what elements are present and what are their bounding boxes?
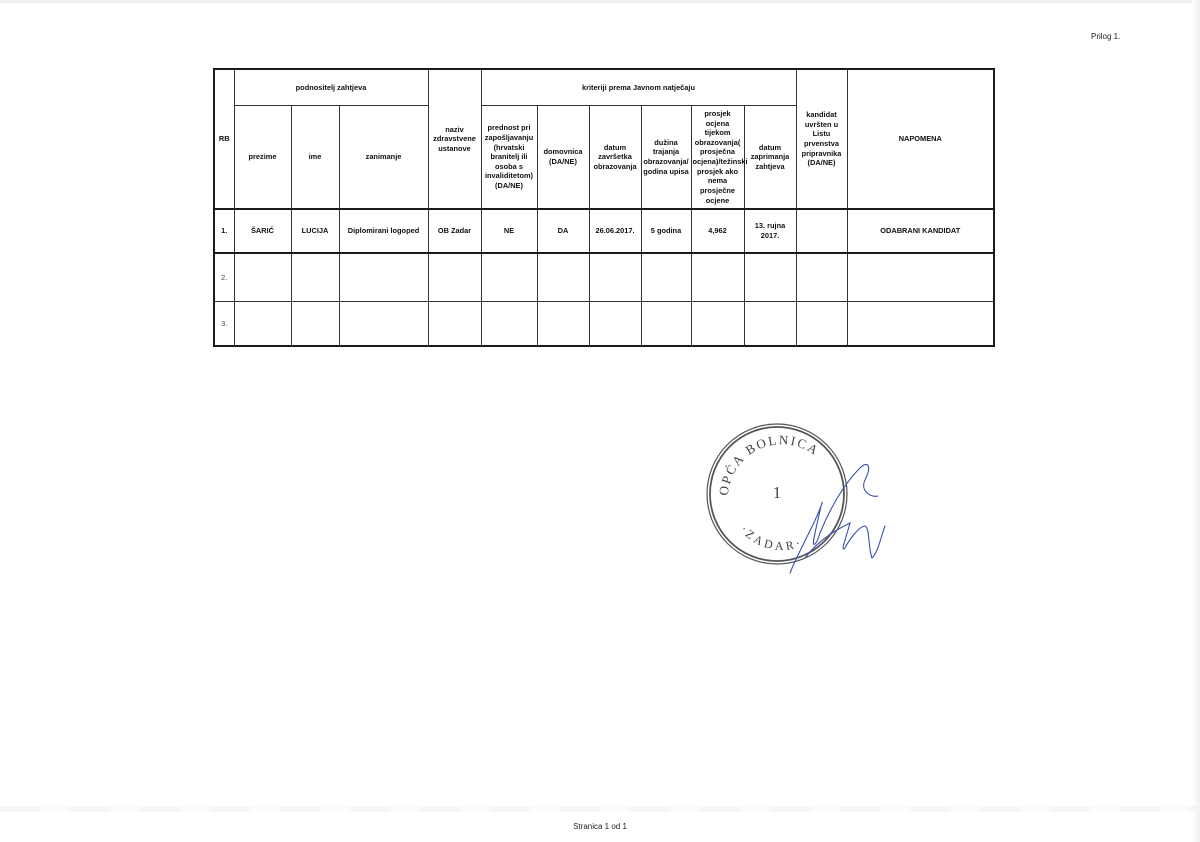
- cell-priority-list: [796, 302, 847, 347]
- scan-edge-right: [1192, 0, 1200, 842]
- cell-duration: 5 godina: [641, 209, 691, 253]
- cell-rb: 2.: [214, 253, 234, 302]
- header-priority-list: kandidat uvršten u Listu prvenstva pripr…: [796, 69, 847, 209]
- cell-institution: [428, 302, 481, 347]
- cell-zanimanje: [339, 302, 428, 347]
- cell-note: [847, 302, 994, 347]
- cell-note: ODABRANI KANDIDAT: [847, 209, 994, 253]
- cell-receipt-date: [744, 302, 796, 347]
- stamp-top-text: OPĆA BOLNICA: [716, 432, 823, 496]
- cell-citizenship: DA: [537, 209, 589, 253]
- header-ime: ime: [291, 106, 339, 210]
- header-note: NAPOMENA: [847, 69, 994, 209]
- cell-priority-list: [796, 253, 847, 302]
- header-priority: prednost pri zapošljavanju (hrvatski bra…: [481, 106, 537, 210]
- header-rb: RB: [214, 69, 234, 209]
- header-duration: dužina trajanja obrazovanja/ godina upis…: [641, 106, 691, 210]
- candidate-table: RB podnositelj zahtjeva naziv zdravstven…: [213, 68, 995, 347]
- cell-zanimanje: [339, 253, 428, 302]
- header-institution: naziv zdravstvene ustanove: [428, 69, 481, 209]
- cell-duration: [641, 302, 691, 347]
- cell-prezime: [234, 302, 291, 347]
- cell-graduation-date: [589, 253, 641, 302]
- cell-graduation-date: [589, 302, 641, 347]
- cell-grade-avg: [691, 253, 744, 302]
- cell-graduation-date: 26.06.2017.: [589, 209, 641, 253]
- stamp-bottom-text: ·ZADAR·: [738, 523, 805, 553]
- scan-edge-top: [0, 0, 1200, 3]
- scan-edge-bottom: [0, 806, 1200, 812]
- cell-receipt-date: 13. rujna 2017.: [744, 209, 796, 253]
- cell-priority: NE: [481, 209, 537, 253]
- cell-institution: [428, 253, 481, 302]
- cell-institution: OB Zadar: [428, 209, 481, 253]
- hospital-stamp: OPĆA BOLNICA 1 ·ZADAR·: [700, 418, 900, 588]
- cell-prezime: [234, 253, 291, 302]
- cell-ime: [291, 253, 339, 302]
- table-row: 1. ŠARIĆ LUCIJA Diplomirani logoped OB Z…: [214, 209, 994, 253]
- cell-priority: [481, 302, 537, 347]
- cell-note: [847, 253, 994, 302]
- header-prezime: prezime: [234, 106, 291, 210]
- cell-citizenship: [537, 253, 589, 302]
- cell-priority: [481, 253, 537, 302]
- page-footer: Stranica 1 od 1: [0, 822, 1200, 831]
- svg-text:·ZADAR·: ·ZADAR·: [738, 523, 805, 553]
- cell-ime: [291, 302, 339, 347]
- cell-grade-avg: [691, 302, 744, 347]
- table-row: 2.: [214, 253, 994, 302]
- header-graduation-date: datum završetka obrazovanja: [589, 106, 641, 210]
- svg-text:OPĆA BOLNICA: OPĆA BOLNICA: [716, 432, 823, 496]
- cell-duration: [641, 253, 691, 302]
- header-zanimanje: zanimanje: [339, 106, 428, 210]
- header-row-group: RB podnositelj zahtjeva naziv zdravstven…: [214, 69, 994, 106]
- cell-grade-avg: 4,962: [691, 209, 744, 253]
- cell-citizenship: [537, 302, 589, 347]
- cell-rb: 3.: [214, 302, 234, 347]
- cell-priority-list: [796, 209, 847, 253]
- table-row: 3.: [214, 302, 994, 347]
- signature-icon: [790, 464, 885, 573]
- header-criteria-group: kriteriji prema Javnom natječaju: [481, 69, 796, 106]
- header-grade-avg: prosjek ocjena tijekom obrazovanja( pros…: [691, 106, 744, 210]
- cell-receipt-date: [744, 253, 796, 302]
- header-receipt-date: datum zaprimanja zahtjeva: [744, 106, 796, 210]
- cell-ime: LUCIJA: [291, 209, 339, 253]
- stamp-number: 1: [773, 483, 782, 502]
- cell-rb: 1.: [214, 209, 234, 253]
- cell-prezime: ŠARIĆ: [234, 209, 291, 253]
- stamp-seal-icon: OPĆA BOLNICA 1 ·ZADAR·: [707, 424, 847, 564]
- header-applicant-group: podnositelj zahtjeva: [234, 69, 428, 106]
- cell-zanimanje: Diplomirani logoped: [339, 209, 428, 253]
- annex-label: Prilog 1.: [1091, 32, 1120, 41]
- header-citizenship: domovnica (DA/NE): [537, 106, 589, 210]
